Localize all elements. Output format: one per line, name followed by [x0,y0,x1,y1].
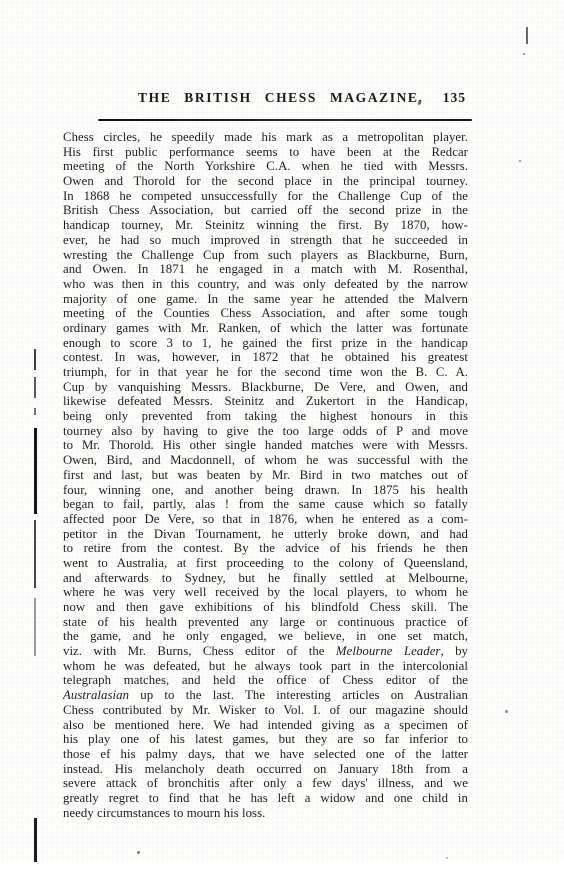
running-title: THE BRITISH CHESS MAGAZINE. [138,90,424,106]
text-line: enough to score 3 to 1, he gained the fi… [63,336,468,351]
binding-edge-mark [34,598,36,656]
text-line: first and last, but was beaten by Mr. Bi… [63,468,468,483]
text-line: Chess circles, he speedily made his mark… [63,130,468,145]
text-line: and afterwards to Sydney, but he finally… [63,571,468,586]
text-line: wresting the Challenge Cup from such pla… [63,248,468,263]
text-line: Australasian up to the last. The interes… [63,688,468,703]
text-line: went to Australia, at first proceeding t… [63,556,468,571]
text-line: Owen and Thorold for the second place in… [63,174,468,189]
scanned-magazine-page: THE BRITISH CHESS MAGAZINE. 135 Chess ci… [0,0,564,885]
page-bottom-margin [0,862,564,885]
text-line: His first public performance seems to ha… [63,145,468,160]
text-line: state of his health prevented any large … [63,615,468,630]
text-line: also be mentioned here. We had intended … [63,718,468,733]
text-line: Owen, Bird, and Macdonnell, of whom he w… [63,453,468,468]
scan-tick-mark [526,27,528,44]
text-line: four, winning one, and another being dra… [63,483,468,498]
text-line: petitor in the Divan Tournament, he utte… [63,527,468,542]
text-line: likewise defeated Messrs. Steinitz and Z… [63,394,468,409]
text-line: needy circumstances to mourn his loss. [63,806,468,821]
text-line: affected poor De Vere, so that in 1876, … [63,512,468,527]
text-line: whom he was defeated, but he always took… [63,659,468,674]
text-line: where he was very well received by the l… [63,585,468,600]
text-line: majority of one game. In the same year h… [63,292,468,307]
binding-edge-mark [34,349,36,370]
text-line: greatly regret to find that he has left … [63,791,468,806]
text-line: Chess contributed by Mr. Wisker to Vol. … [63,703,468,718]
text-line: meeting of the North Yorkshire C.A. when… [63,159,468,174]
text-line: to retire from the contest. By the advic… [63,541,468,556]
binding-edge-mark [34,377,36,398]
text-line: to Mr. Thorold. His other single handed … [63,438,468,453]
text-line: began to fail, partly, alas ! from the s… [63,497,468,512]
text-line: handicap tourney, Mr. Steinitz winning t… [63,218,468,233]
text-line: viz. with Mr. Burns, Chess editor of the… [63,644,468,659]
text-line: ever, he had so much improved in strengt… [63,233,468,248]
text-line: who was then in this country, and was on… [63,277,468,292]
text-line: meeting of the Counties Chess Associatio… [63,306,468,321]
ink-speck [137,851,140,854]
text-line: severe attack of bronchitis after only a… [63,776,468,791]
text-line: the game, and he only engaged, we believ… [63,629,468,644]
page-header: THE BRITISH CHESS MAGAZINE. 135 [98,90,472,110]
ink-speck [446,857,448,859]
header-rule [98,119,472,121]
binding-edge-mark [34,408,36,415]
ink-speck [523,53,525,55]
binding-edge-mark [34,520,36,588]
text-line: his play one of his latest games, but th… [63,732,468,747]
article-text: Chess circles, he speedily made his mark… [63,130,468,820]
text-line: British Chess Association, but carried o… [63,203,468,218]
ink-speck [519,160,521,162]
text-line: triumph, for in that year he for the sec… [63,365,468,380]
text-line: those ef his palmy days, that we have se… [63,747,468,762]
text-line: now and then gave exhibitions of his bli… [63,600,468,615]
page-number: 135 [443,90,466,106]
text-line: tourney also by having to give the too l… [63,424,468,439]
binding-edge-mark [34,818,37,862]
binding-edge-mark [34,428,37,514]
text-line: ordinary games with Mr. Ranken, of which… [63,321,468,336]
text-line: In 1868 he competed unsuccessfully for t… [63,189,468,204]
ink-speck [505,710,508,713]
text-line: being only prevented from taking the hig… [63,409,468,424]
text-line: and Owen. In 1871 he engaged in a match … [63,262,468,277]
text-line: contest. In was, however, in 1872 that h… [63,350,468,365]
text-line: instead. His melancholy death occurred o… [63,762,468,777]
text-line: Cup by vanquishing Messrs. Blackburne, D… [63,380,468,395]
text-line: telegraph matches, and held the office o… [63,673,468,688]
